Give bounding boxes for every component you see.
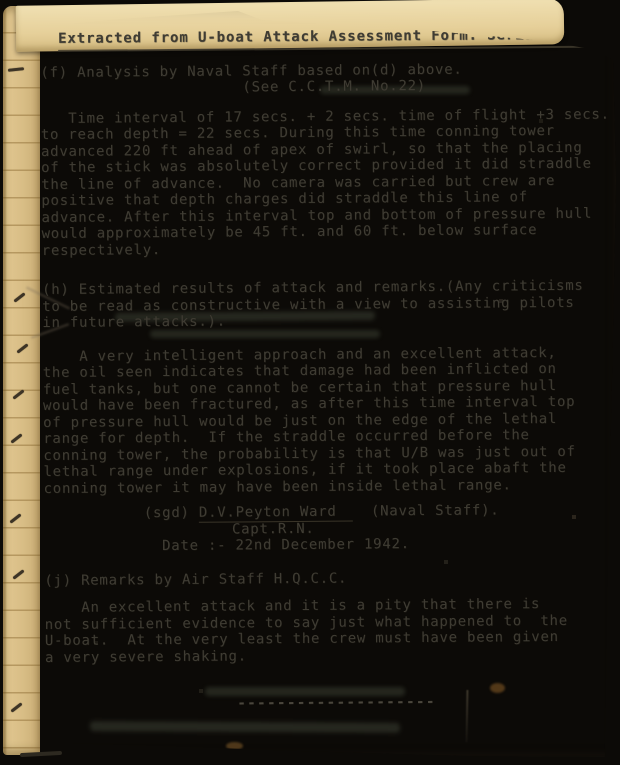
signatory-name: D.V.Peyton Ward xyxy=(199,504,353,523)
margin-tick-mark xyxy=(12,389,24,399)
typewritten-text: Extracted from U-boat Attack Assessment … xyxy=(40,26,620,713)
paper-specks xyxy=(0,0,2,2)
pen-mark xyxy=(20,751,62,757)
typed-line: in future attacks.). xyxy=(42,310,618,331)
margin-tick-mark xyxy=(10,433,22,443)
section-j-heading: (j) Remarks by Air Staff H.Q.C.C. xyxy=(44,568,620,589)
document-scan: Extracted from U-boat Attack Assessment … xyxy=(0,0,620,765)
stain-mark xyxy=(226,742,243,750)
signature-date: Date :- 22nd December 1942. xyxy=(162,534,620,554)
bleed-through-smudge xyxy=(90,721,400,733)
typed-page: Extracted from U-boat Attack Assessment … xyxy=(0,0,620,765)
signature-block: (sgd) D.V.Peyton Ward (Naval Staff). Cap… xyxy=(144,501,620,554)
naval-staff-label: (Naval Staff). xyxy=(352,502,499,519)
section-f-reference: (See C.C.T.M. No.22) xyxy=(40,76,616,97)
margin-tick-mark xyxy=(9,513,21,523)
margin-tick-mark xyxy=(10,702,22,712)
margin-tick-mark xyxy=(12,569,24,579)
separator-dashes: -------------------- xyxy=(237,692,620,712)
section-h-heading: (h) Estimated results of attack and rema… xyxy=(42,277,618,331)
air-staff-paragraph: An excellent attack and it is a pity tha… xyxy=(44,595,620,666)
sgd-prefix: (sgd) xyxy=(144,505,199,521)
assessment-paragraph: A very intelligent approach and an excel… xyxy=(42,344,619,497)
naval-analysis-paragraph: Time interval of 17 secs. + 2 secs. time… xyxy=(41,106,618,259)
margin-tick-mark xyxy=(8,67,24,72)
